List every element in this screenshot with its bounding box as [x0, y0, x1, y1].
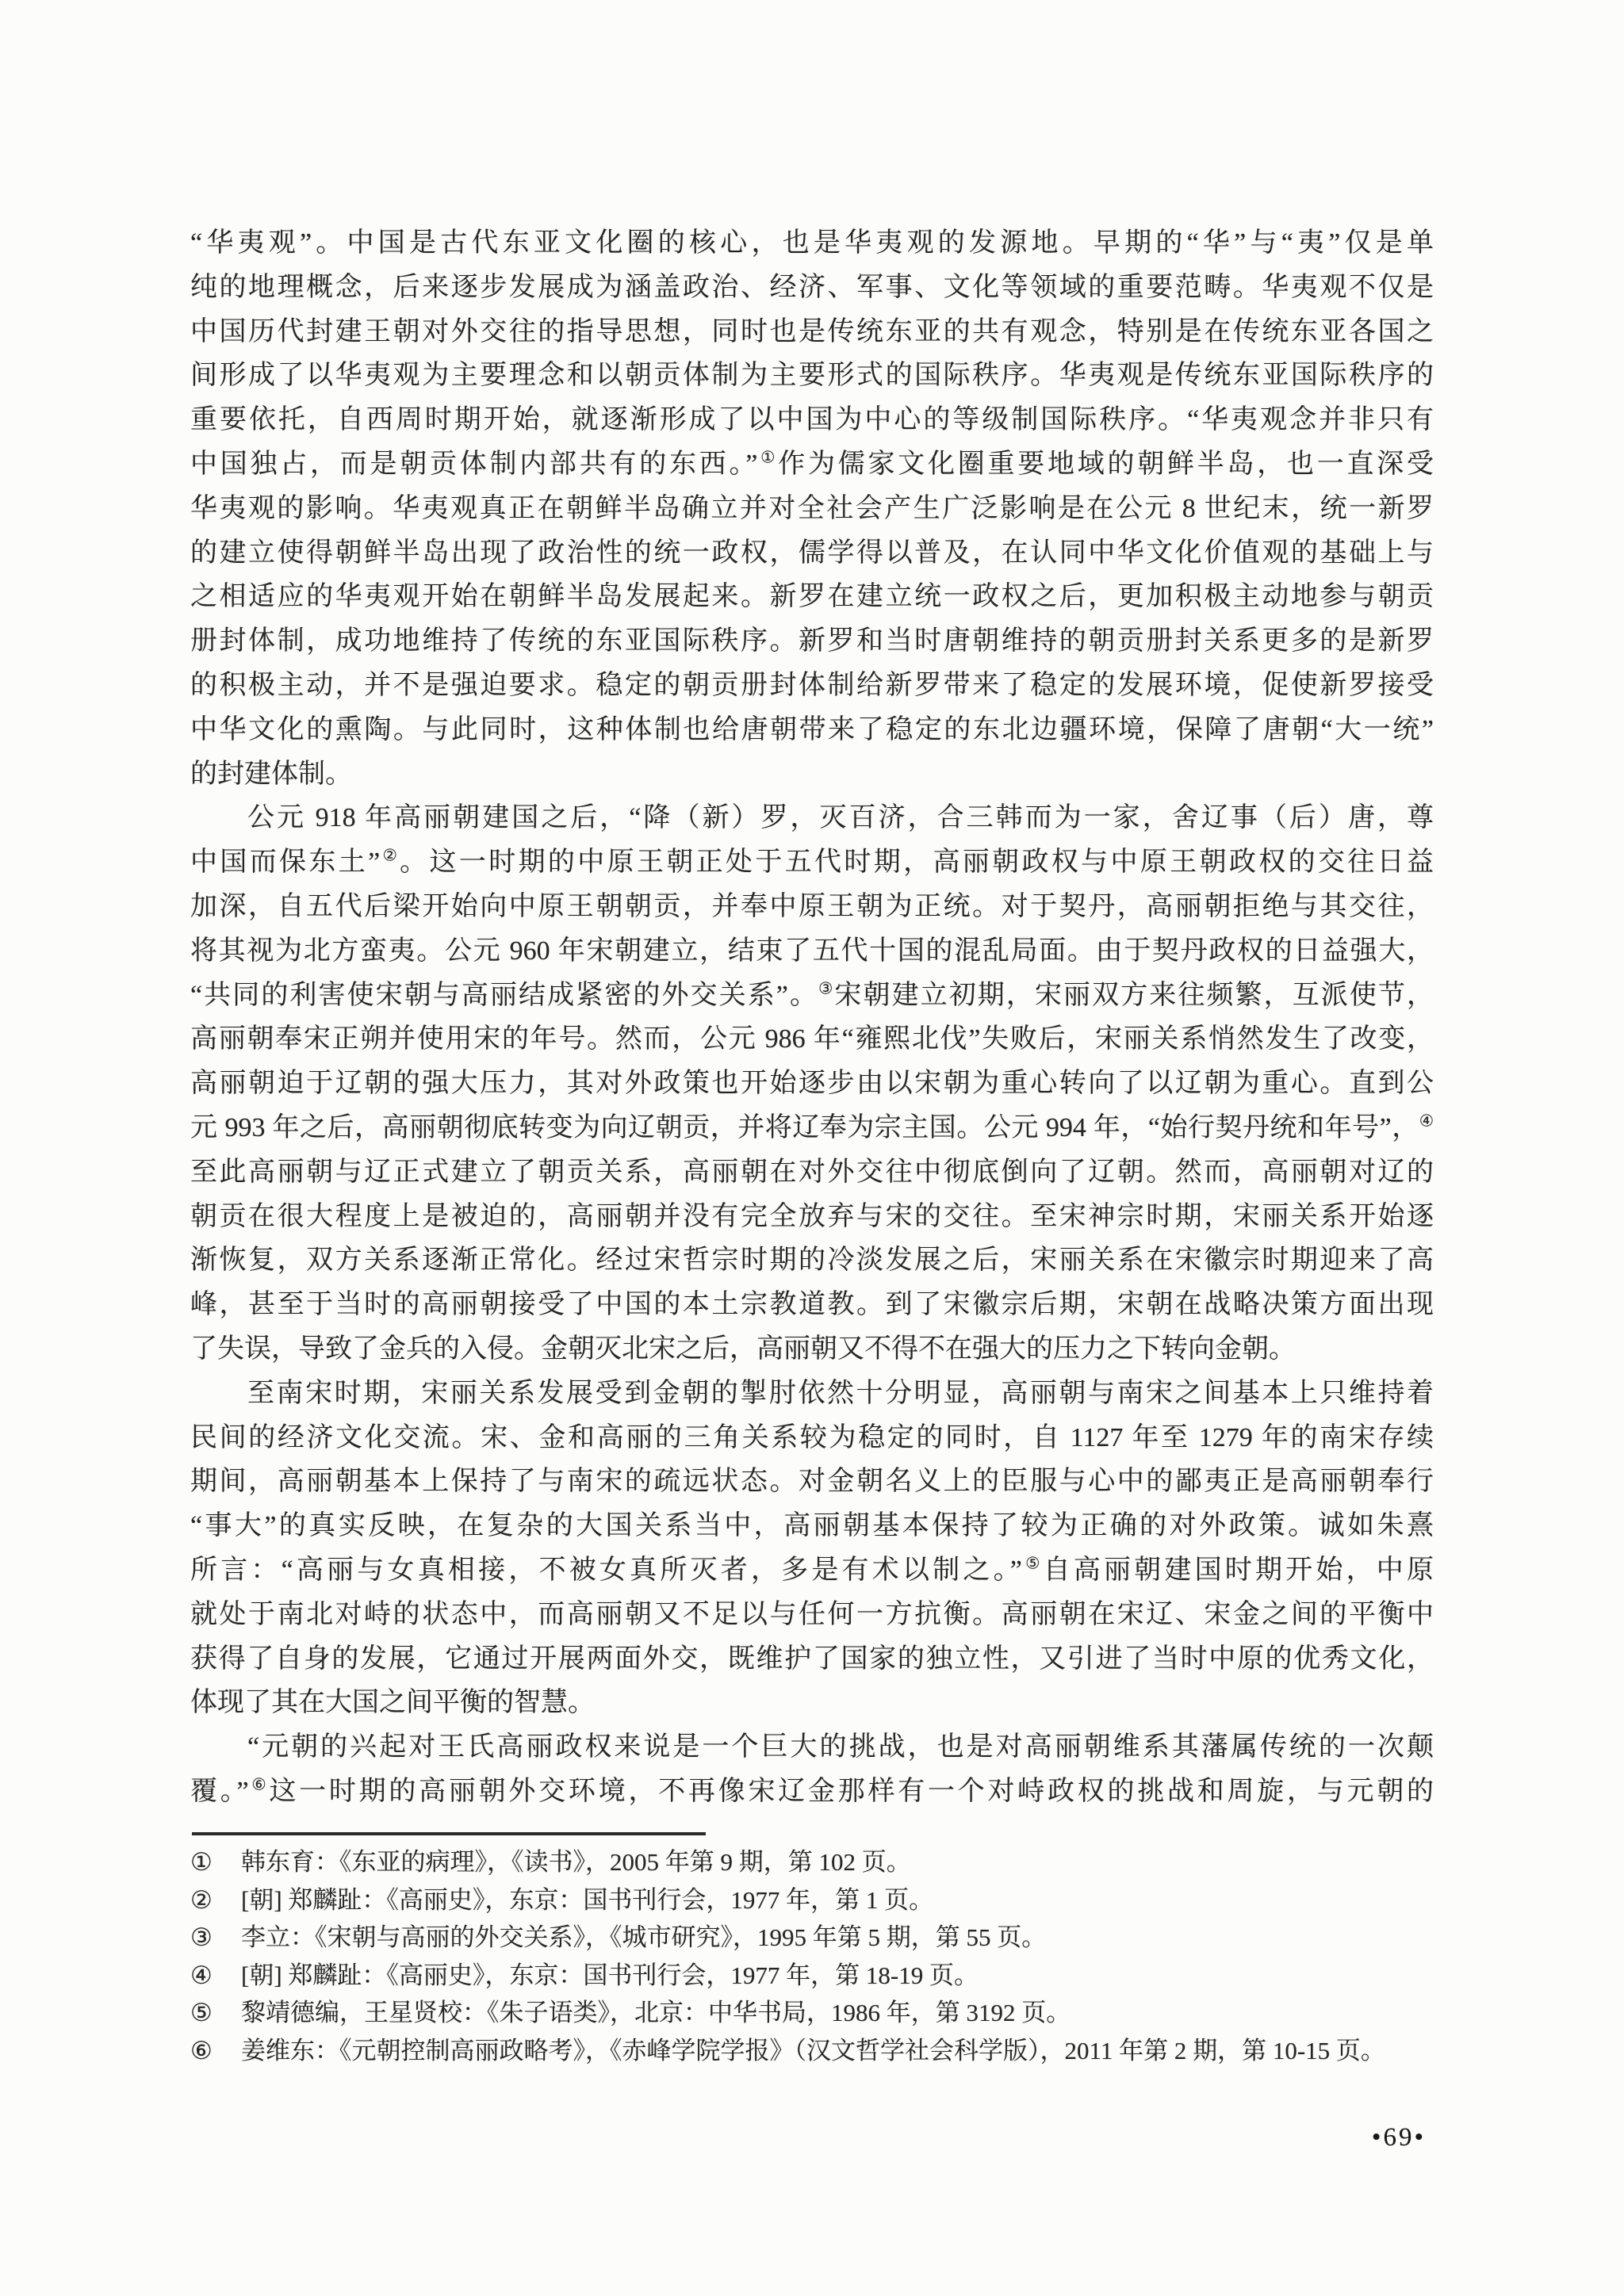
body-line: 重要依托，自西周时期开始，就逐渐形成了以中国为中心的等级制国际秩序。“华夷观念并…	[190, 398, 1434, 442]
footnote-item: ⑥姜维东：《元朝控制高丽政略考》，《赤峰学院学报》（汉文哲学社会科学版），201…	[190, 2032, 1434, 2070]
footnotes-section: ①韩东育：《东亚的病理》，《读书》，2005 年第 9 期，第 102 页。②[…	[190, 1832, 1434, 2070]
body-line: “事大”的真实反映，在复杂的大国关系当中，高丽朝基本保持了较为正确的对外政策。诚…	[190, 1504, 1434, 1548]
body-line: 高丽朝迫于辽朝的强大压力，其对外政策也开始逐步由以宋朝为重心转向了以辽朝为重心。…	[190, 1062, 1434, 1106]
body-line: 中国独占，而是朝贡体制内部共有的东西。”①作为儒家文化圈重要地域的朝鲜半岛，也一…	[190, 442, 1434, 487]
footnote-marker: ⑤	[190, 1994, 241, 2032]
body-line: 华夷观的影响。华夷观真正在朝鲜半岛确立并对全社会产生广泛影响是在公元 8 世纪末…	[190, 487, 1434, 531]
body-line: 册封体制，成功地维持了传统的东亚国际秩序。新罗和当时唐朝维持的朝贡册封关系更多的…	[190, 619, 1434, 664]
body-line: 渐恢复，双方关系逐渐正常化。经过宋哲宗时期的冷淡发展之后，宋丽关系在宋徽宗时期迎…	[190, 1238, 1434, 1283]
body-line: 期间，高丽朝基本上保持了与南宋的疏远状态。对金朝名义上的臣服与心中的鄙夷正是高丽…	[190, 1460, 1434, 1504]
footnote-item: ④[朝] 郑麟趾：《高丽史》，东京：国书刊行会，1977 年，第 18-19 页…	[190, 1957, 1434, 1995]
body-line: 将其视为北方蛮夷。公元 960 年宋朝建立，结束了五代十国的混乱局面。由于契丹政…	[190, 929, 1434, 974]
footnote-ref: ①	[757, 450, 778, 467]
body-line: 公元 918 年高丽朝建国之后，“降（新）罗，灭百济，合三韩而为一家，舍辽事（后…	[190, 796, 1434, 840]
body-line: 中国历代封建王朝对外交往的指导思想，同时也是传统东亚的共有观念，特别是在传统东亚…	[190, 310, 1434, 354]
body-line: 体现了其在大国之间平衡的智慧。	[190, 1681, 1434, 1725]
footnote-item: ③李立：《宋朝与高丽的外交关系》，《城市研究》，1995 年第 5 期，第 55…	[190, 1919, 1434, 1957]
footnote-text: [朝] 郑麟趾：《高丽史》，东京：国书刊行会，1977 年，第 18-19 页。	[241, 1957, 1434, 1995]
footnote-marker: ④	[190, 1957, 241, 1995]
page-number: •69•	[1372, 2123, 1426, 2152]
paragraph: “华夷观”。中国是古代东亚文化圈的核心，也是华夷观的发源地。早期的“华”与“夷”…	[190, 221, 1434, 796]
body-line: 的积极主动，并不是强迫要求。稳定的朝贡册封体制给新罗带来了稳定的发展环境，促使新…	[190, 664, 1434, 708]
body-line: 中华文化的熏陶。与此同时，这种体制也给唐朝带来了稳定的东北边疆环境，保障了唐朝“…	[190, 708, 1434, 752]
footnote-text: [朝] 郑麟趾：《高丽史》，东京：国书刊行会，1977 年，第 1 页。	[241, 1881, 1434, 1919]
body-line: 的封建体制。	[190, 752, 1434, 797]
body-line: 中国而保东土”②。这一时期的中原王朝正处于五代时期，高丽朝政权与中原王朝政权的交…	[190, 840, 1434, 885]
body-line: 至此高丽朝与辽正式建立了朝贡关系，高丽朝在对外交往中彻底倒向了辽朝。然而，高丽朝…	[190, 1150, 1434, 1195]
footnote-ref: ②	[380, 848, 400, 865]
body-line: 间形成了以华夷观为主要理念和以朝贡体制为主要形式的国际秩序。华夷观是传统东亚国际…	[190, 354, 1434, 398]
body-line: 加深，自五代后梁开始向中原王朝朝贡，并奉中原王朝为正统。对于契丹，高丽朝拒绝与其…	[190, 885, 1434, 929]
body-line: 获得了自身的发展，它通过开展两面外交，既维护了国家的独立性，又引进了当时中原的优…	[190, 1637, 1434, 1682]
footnote-list: ①韩东育：《东亚的病理》，《读书》，2005 年第 9 期，第 102 页。②[…	[190, 1843, 1434, 2070]
body-line: 朝贡在很大程度上是被迫的，高丽朝并没有完全放弃与宋的交往。至宋神宗时期，宋丽关系…	[190, 1195, 1434, 1239]
footnote-ref: ④	[1419, 1113, 1434, 1131]
footnote-ref: ⑥	[249, 1777, 270, 1794]
footnote-item: ⑤黎靖德编，王星贤校：《朱子语类》，北京：中华书局，1986 年，第 3192 …	[190, 1994, 1434, 2032]
body-line: “元朝的兴起对王氏高丽政权来说是一个巨大的挑战，也是对高丽朝维系其藩属传统的一次…	[190, 1725, 1434, 1770]
footnote-marker: ②	[190, 1881, 241, 1919]
body-line: 至南宋时期，宋丽关系发展受到金朝的掣肘依然十分明显，高丽朝与南宋之间基本上只维持…	[190, 1372, 1434, 1416]
body-line: 之相适应的华夷观开始在朝鲜半岛发展起来。新罗在建立统一政权之后，更加积极主动地参…	[190, 575, 1434, 619]
body-line: “共同的利害使宋朝与高丽结成紧密的外交关系”。③宋朝建立初期，宋丽双方来往频繁，…	[190, 974, 1434, 1018]
body-line: 民间的经济文化交流。宋、金和高丽的三角关系较为稳定的同时，自 1127 年至 1…	[190, 1416, 1434, 1460]
body-line: 纯的地理概念，后来逐步发展成为涵盖政治、经济、军事、文化等领域的重要范畴。华夷观…	[190, 266, 1434, 310]
body-line: 元 993 年之后，高丽朝彻底转变为向辽朝贡，并将辽奉为宗主国。公元 994 年…	[190, 1106, 1434, 1150]
footnote-separator	[192, 1832, 706, 1835]
paragraph: “元朝的兴起对王氏高丽政权来说是一个巨大的挑战，也是对高丽朝维系其藩属传统的一次…	[190, 1725, 1434, 1814]
footnote-item: ①韩东育：《东亚的病理》，《读书》，2005 年第 9 期，第 102 页。	[190, 1843, 1434, 1881]
footnote-marker: ③	[190, 1919, 241, 1957]
body-line: 峰，甚至于当时的高丽朝接受了中国的本土宗教道教。到了宋徽宗后期，宋朝在战略决策方…	[190, 1283, 1434, 1327]
body-line: 的建立使得朝鲜半岛出现了政治性的统一政权，儒学得以普及，在认同中华文化价值观的基…	[190, 531, 1434, 576]
body-line: 高丽朝奉宋正朔并使用宋的年号。然而，公元 986 年“雍熙北伐”失败后，宋丽关系…	[190, 1017, 1434, 1062]
footnote-ref: ⑤	[1022, 1556, 1044, 1573]
footnote-text: 韩东育：《东亚的病理》，《读书》，2005 年第 9 期，第 102 页。	[241, 1843, 1434, 1881]
footnote-marker: ①	[190, 1843, 241, 1881]
body-line: 了失误，导致了金兵的入侵。金朝灭北宋之后，高丽朝又不得不在强大的压力之下转向金朝…	[190, 1327, 1434, 1372]
footnote-text: 黎靖德编，王星贤校：《朱子语类》，北京：中华书局，1986 年，第 3192 页…	[241, 1994, 1434, 2032]
body-line: 所言：“高丽与女真相接，不被女真所灭者，多是有术以制之。”⑤自高丽朝建国时期开始…	[190, 1548, 1434, 1593]
footnote-text: 姜维东：《元朝控制高丽政略考》，《赤峰学院学报》（汉文哲学社会科学版），2011…	[241, 2032, 1434, 2070]
body-text: “华夷观”。中国是古代东亚文化圈的核心，也是华夷观的发源地。早期的“华”与“夷”…	[190, 221, 1434, 1814]
footnote-marker: ⑥	[190, 2032, 241, 2070]
document-page: “华夷观”。中国是古代东亚文化圈的核心，也是华夷观的发源地。早期的“华”与“夷”…	[0, 0, 1624, 2296]
body-line: 就处于南北对峙的状态中，而高丽朝又不足以与任何一方抗衡。高丽朝在宋辽、宋金之间的…	[190, 1593, 1434, 1637]
paragraph: 公元 918 年高丽朝建国之后，“降（新）罗，灭百济，合三韩而为一家，舍辽事（后…	[190, 796, 1434, 1371]
body-line: “华夷观”。中国是古代东亚文化圈的核心，也是华夷观的发源地。早期的“华”与“夷”…	[190, 221, 1434, 266]
footnote-text: 李立：《宋朝与高丽的外交关系》，《城市研究》，1995 年第 5 期，第 55 …	[241, 1919, 1434, 1957]
footnote-ref: ③	[818, 980, 834, 997]
paragraph: 至南宋时期，宋丽关系发展受到金朝的掣肘依然十分明显，高丽朝与南宋之间基本上只维持…	[190, 1372, 1434, 1725]
footnote-item: ②[朝] 郑麟趾：《高丽史》，东京：国书刊行会，1977 年，第 1 页。	[190, 1881, 1434, 1919]
body-line: 覆。”⑥这一时期的高丽朝外交环境，不再像宋辽金那样有一个对峙政权的挑战和周旋，与…	[190, 1770, 1434, 1814]
